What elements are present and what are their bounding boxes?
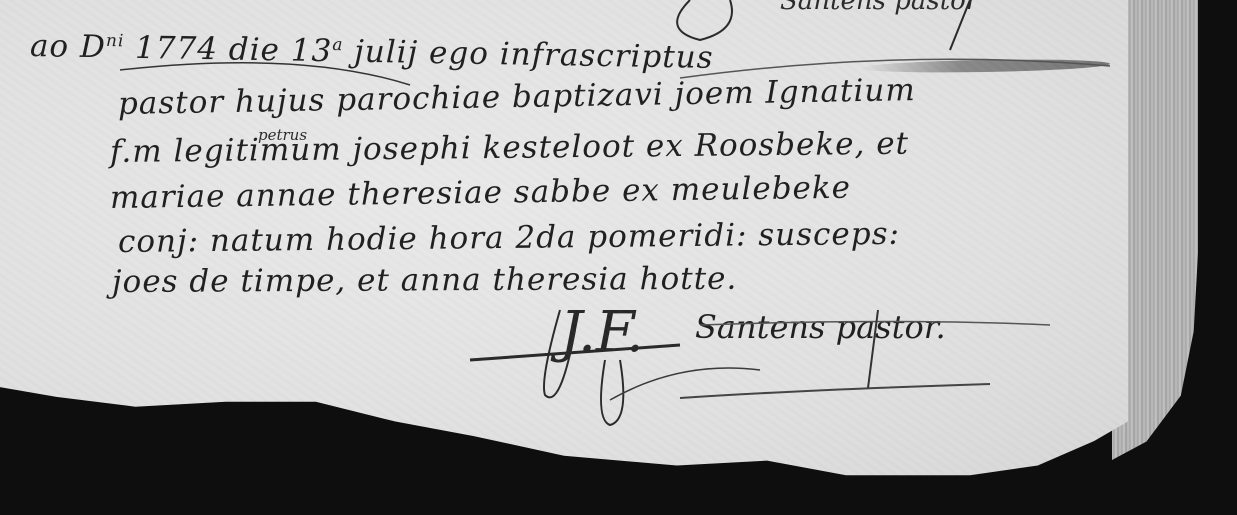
entry-line-1: ao Dni 1774 die 13a julij ego infrascrip… — [30, 28, 714, 76]
interlinear-insertion: petrus — [258, 126, 307, 144]
signature-name: Santens pastor. — [695, 308, 946, 346]
line-1-part-a: ao D — [30, 28, 106, 65]
register-page: Santens pastor ao Dni 1774 die 13a julij… — [0, 0, 1128, 490]
previous-entry-signature: Santens pastor — [780, 0, 978, 16]
ink-smear — [860, 58, 1110, 74]
entry-line-2: pastor hujus parochiae baptizavi joem Ig… — [118, 72, 916, 122]
entry-line-5: conj: natum hodie hora 2da pomeridi: sus… — [118, 216, 900, 260]
line-1-sup-a: ni — [106, 31, 125, 51]
entry-line-4: mariae annae theresiae sabbe ex meulebek… — [110, 170, 852, 216]
signature-initials: J.F. — [560, 300, 644, 365]
line-1-sup-b: a — [332, 35, 343, 55]
entry-line-6: joes de timpe, et anna theresia hotte. — [112, 261, 738, 300]
line-1-part-b: 1774 die 13 — [124, 30, 333, 70]
line-1-part-c: julij ego infrascriptus — [343, 33, 714, 75]
entry-line-3: f.m legitimum josephi kesteloot ex Roosb… — [110, 126, 909, 170]
